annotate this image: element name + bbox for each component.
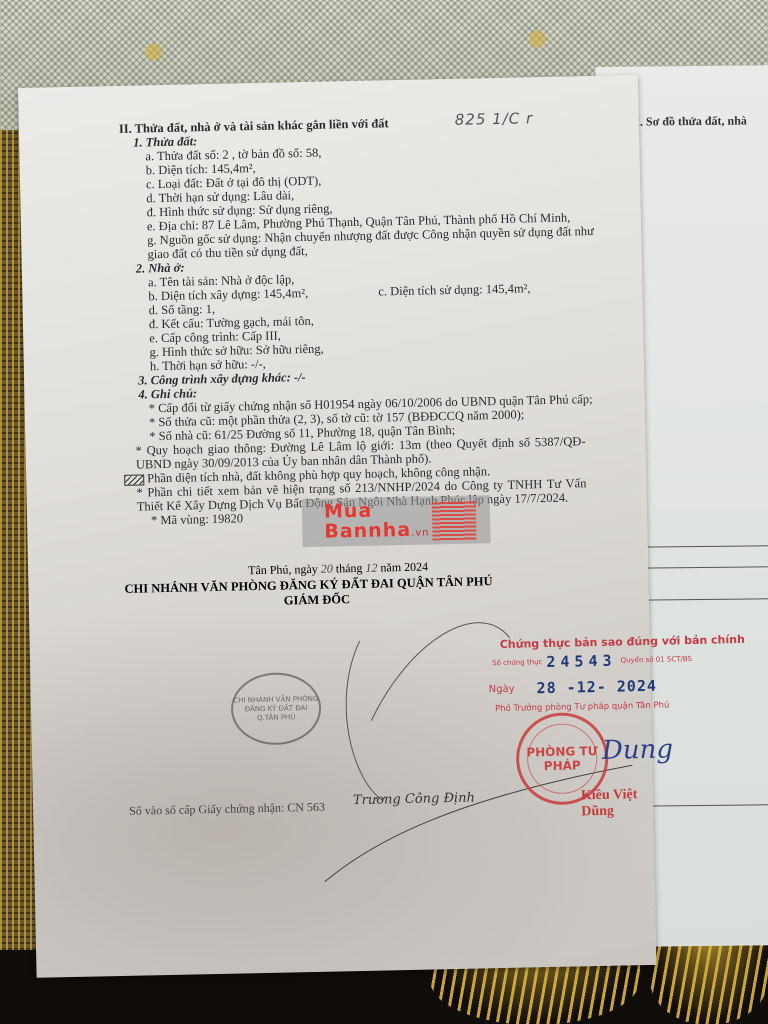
certification-office: Phó Trưởng phòng Tư pháp quận Tân Phú	[495, 700, 669, 714]
registry-number: Số vào sổ cấp Giấy chứng nhận: CN 563	[129, 800, 325, 819]
building-icon	[432, 500, 477, 541]
branch-office-stamp: CHI NHÁNH VĂN PHÒNG ĐĂNG KÝ ĐẤT ĐAI Q.TÂ…	[230, 672, 321, 746]
certificate-body: II. Thửa đất, nhà ở và tài sản khác gắn …	[119, 111, 627, 527]
certifier-signature: Dung	[602, 734, 674, 765]
section-iii-title: III. Sơ đồ thửa đất, nhà	[626, 113, 747, 129]
hatch-pattern-icon	[124, 474, 144, 485]
certification-date-label: Ngày	[489, 683, 515, 695]
certification-book: Quyển số 01 SCT/BS	[620, 655, 692, 664]
lace-decoration	[650, 935, 768, 1024]
certifier-name: Kiều Việt Dũng	[581, 787, 654, 821]
certification-number-label: Số chứng thực	[492, 658, 542, 667]
certificate-page: 825 1/C r II. Thửa đất, nhà ở và tài sản…	[18, 75, 657, 978]
watermark-logo: Mua Bannha.vn	[302, 495, 491, 547]
certification-number: 24543	[546, 652, 617, 671]
parcel-diagram-box	[638, 545, 768, 807]
signer-role: GIÁM ĐỐC	[284, 592, 351, 608]
director-signature: Trương Công Định	[353, 791, 475, 809]
certification-date: 28 -12- 2024	[536, 677, 657, 698]
